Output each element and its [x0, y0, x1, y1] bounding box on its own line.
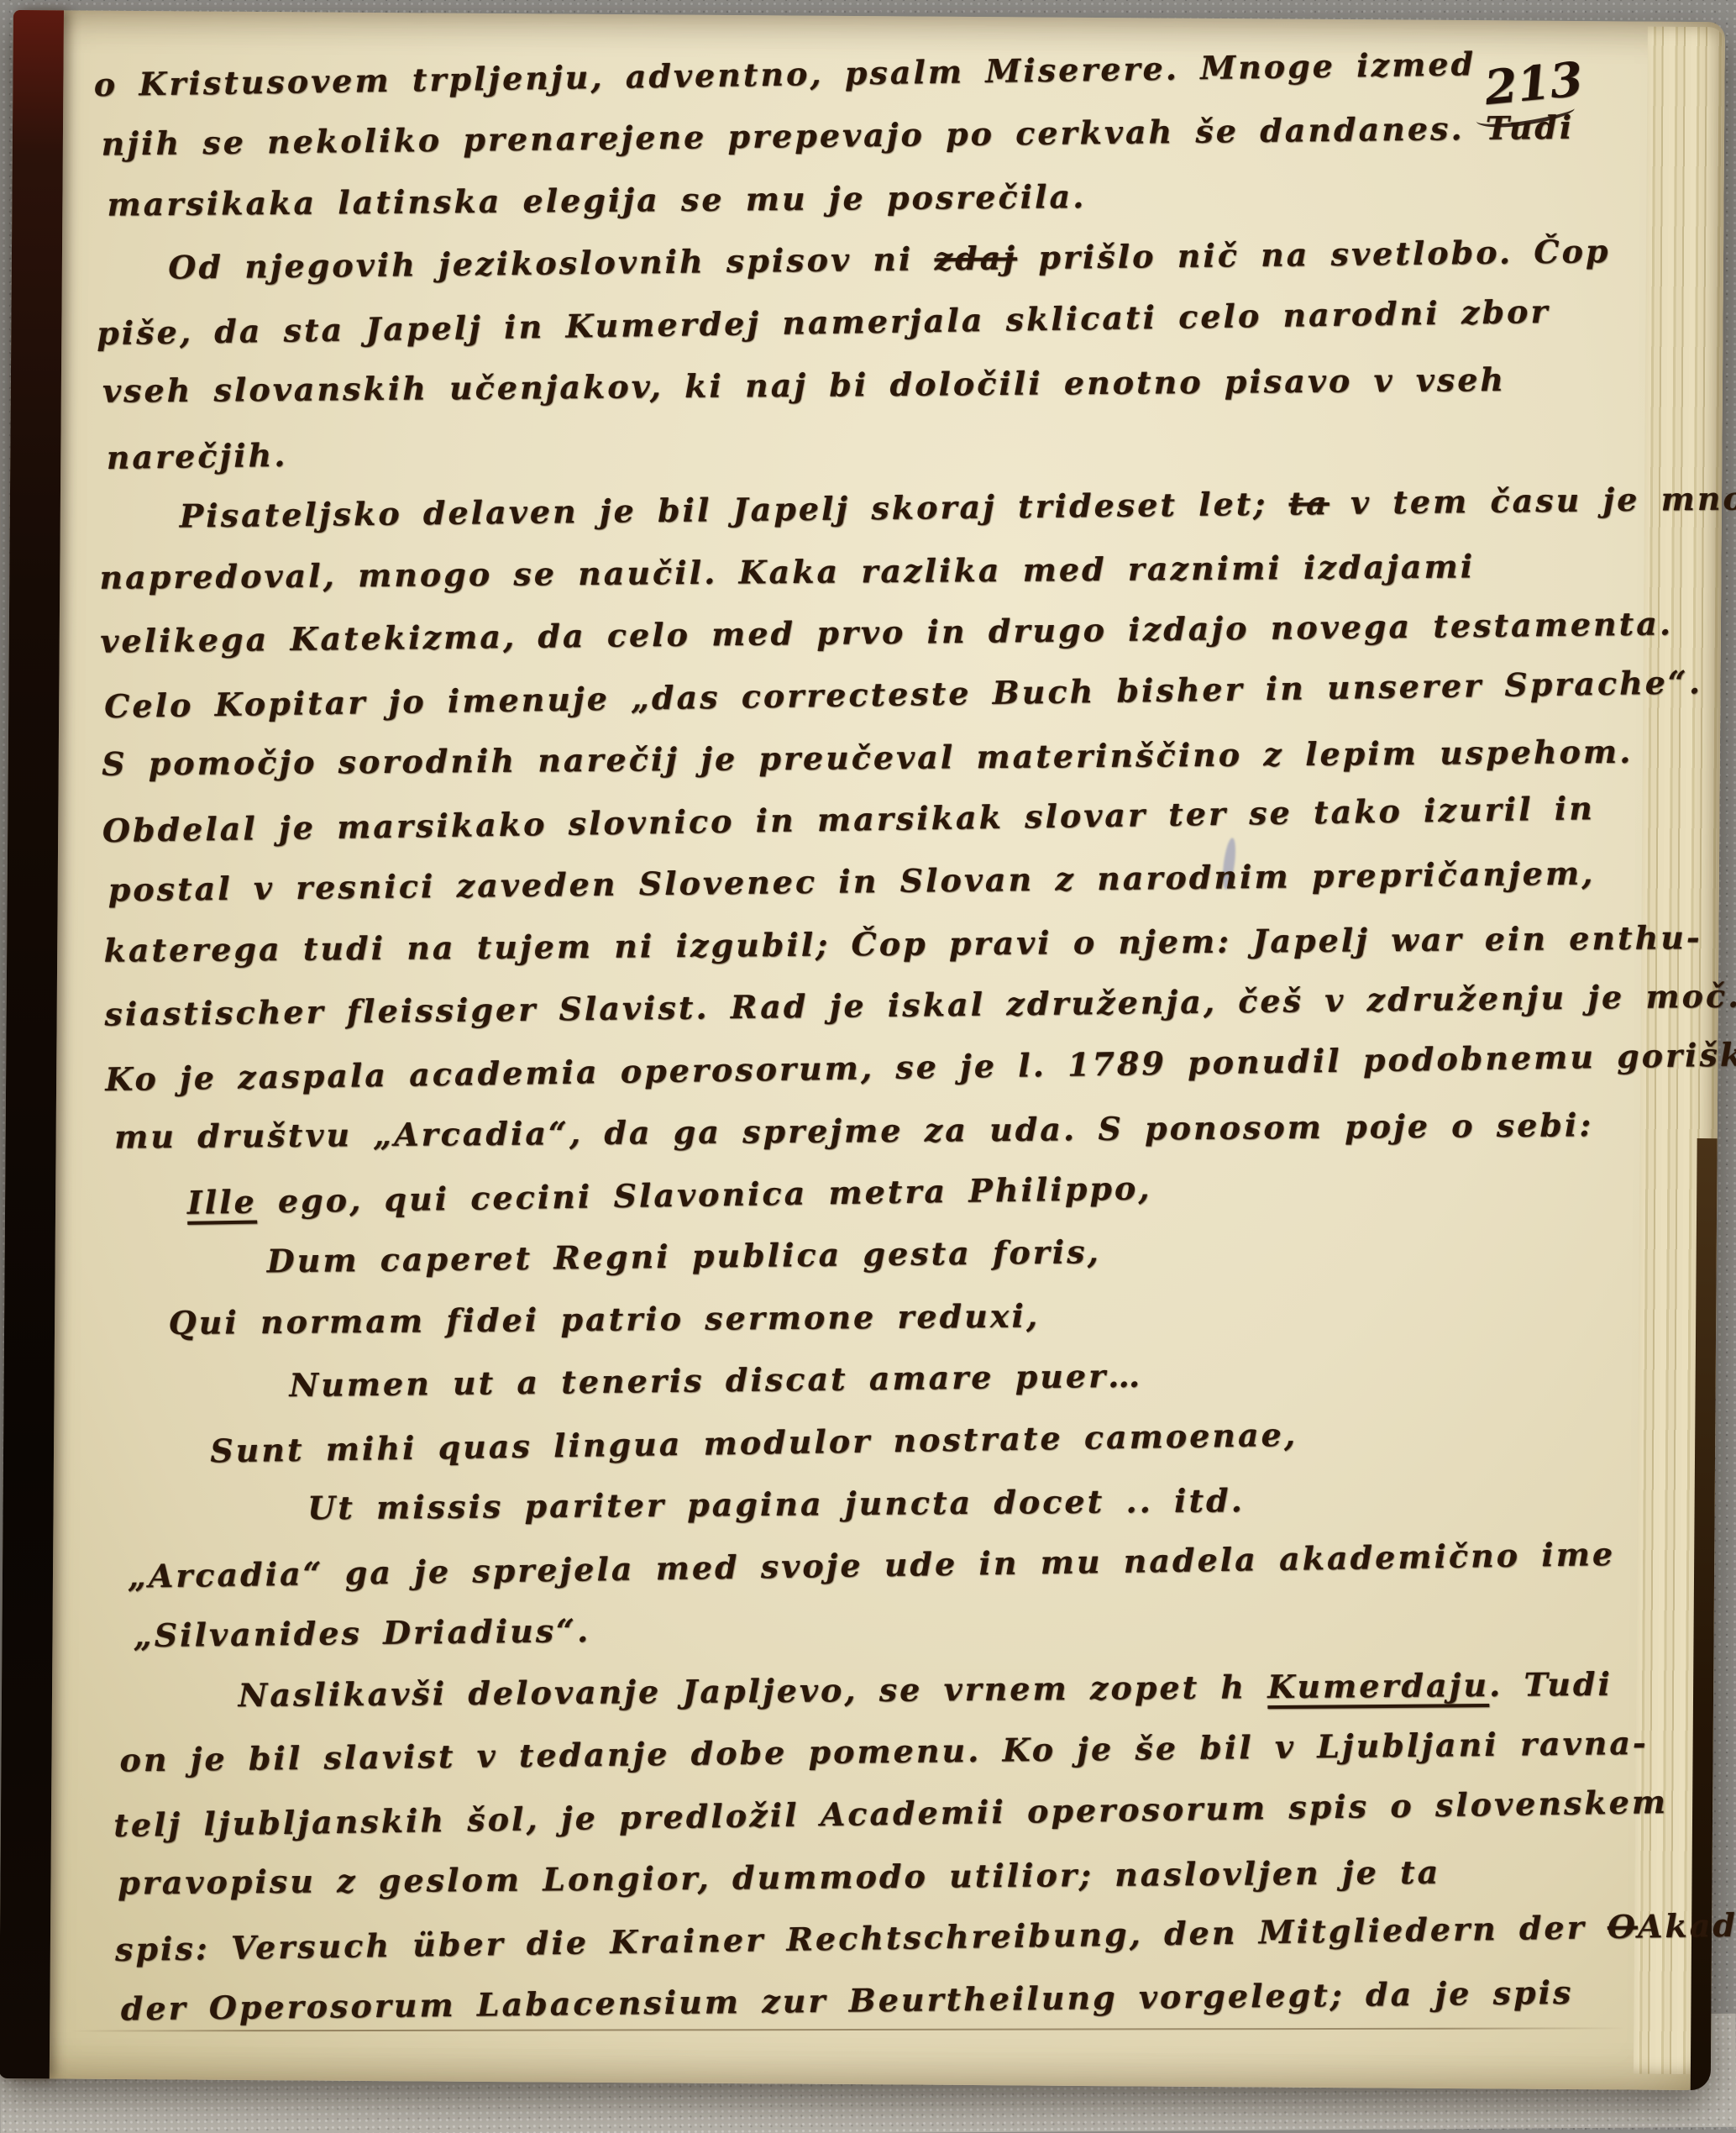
line-text: Naslikavši delovanje Japljevo, se vrnem …: [238, 1668, 1267, 1714]
underlined-word: Ille: [187, 1183, 258, 1221]
manuscript-line: napredoval, mnogo se naučil. Kaka razlik…: [99, 546, 1637, 621]
manuscript-text-block: o Kristusovem trpljenju, adventno, psalm…: [94, 45, 1654, 2052]
manuscript-line: marsikaka latinska elegija se mu je posr…: [107, 173, 1633, 248]
manuscript-book: 213 o Kristusovem trpljenju, adventno, p…: [0, 10, 1725, 2090]
struck-word: ta: [1288, 484, 1330, 523]
underlined-word: Kumerdaju: [1267, 1666, 1489, 1705]
manuscript-line: Naslikavši delovanje Japljevo, se vrnem …: [238, 1664, 1649, 1738]
manuscript-line: Qui normam fidei patrio sermone reduxi,: [168, 1292, 1645, 1366]
manuscript-line: katerega tudi na tujem ni izgubil; Čop p…: [103, 919, 1641, 994]
book-spine: [0, 10, 64, 2078]
line-text: Od njegovih jezikoslovnih spisov ni: [168, 239, 935, 286]
struck-word: zdaj: [934, 239, 1017, 277]
line-text: v tem času je mnogo: [1330, 479, 1736, 522]
line-text: Akademie: [1638, 1904, 1736, 1946]
struck-word: O: [1608, 1908, 1639, 1946]
line-text: . Tudi: [1489, 1665, 1613, 1704]
